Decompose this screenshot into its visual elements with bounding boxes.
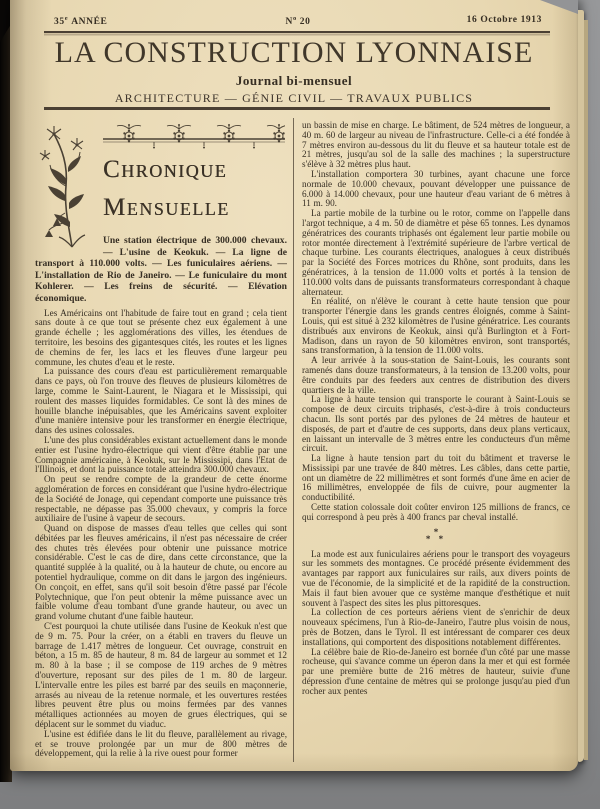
article-paragraph: La partie mobile de la turbine ou le rot… bbox=[302, 209, 570, 297]
article-paragraph: C'est pourquoi la chute utilisée dans l'… bbox=[35, 622, 287, 730]
date-label: 16 Octobre 1913 bbox=[467, 15, 542, 25]
article-paragraph: La mode est aux funiculaires aériens pou… bbox=[302, 550, 570, 609]
article-paragraph: Cette station colossale doit coûter envi… bbox=[302, 503, 570, 523]
article-paragraph: Les Américains ont l'habitude de faire t… bbox=[35, 309, 287, 368]
article-paragraph: L'usine est édifiée dans le lit du fleuv… bbox=[35, 730, 287, 759]
article-paragraph: Quand on dispose de masses d'eau telles … bbox=[35, 524, 287, 622]
article-paragraph: La ligne à haute tension qui transporte … bbox=[302, 395, 570, 454]
journal-tagline: ARCHITECTURE — GÉNIE CIVIL — TRAVAUX PUB… bbox=[10, 91, 578, 106]
article-paragraph: L'installation comportera 30 turbines, a… bbox=[302, 170, 570, 209]
right-column-paragraphs-top: un bassin de mise en charge. Le bâtiment… bbox=[302, 121, 570, 523]
article-paragraph: un bassin de mise en charge. Le bâtiment… bbox=[302, 121, 570, 170]
article-paragraph: La collection de ces porteurs aériens vi… bbox=[302, 608, 570, 647]
article-paragraph: La ligne à haute tension part du toit du… bbox=[302, 454, 570, 503]
journal-page: 35e ANNÉE No 20 16 Octobre 1913 LA CONST… bbox=[10, 0, 578, 771]
masthead-top-rule bbox=[44, 31, 550, 33]
column-divider-rule bbox=[293, 118, 294, 762]
asterism-divider: * * * bbox=[302, 529, 570, 543]
article-paragraph: A leur arrivée à la sous-station de Sain… bbox=[302, 356, 570, 395]
article-paragraph: En réalité, on n'élève le courant à cett… bbox=[302, 297, 570, 356]
masthead-bottom-rule bbox=[44, 107, 550, 110]
page-stack-edge-inner bbox=[584, 20, 588, 760]
right-column-paragraphs-bottom: La mode est aux funiculaires aériens pou… bbox=[302, 550, 570, 697]
journal-title: LA CONSTRUCTION LYONNAISE bbox=[10, 36, 578, 70]
article-paragraph: On peut se rendre compte de la grandeur … bbox=[35, 475, 287, 524]
article-paragraph: La puissance des cours d'eau est particu… bbox=[35, 367, 287, 436]
left-column: Chronique Mensuelle Une station électriq… bbox=[35, 119, 287, 767]
masthead-info-row: 35e ANNÉE No 20 16 Octobre 1913 bbox=[54, 15, 542, 29]
article-paragraph: L'une des plus considérables existant ac… bbox=[35, 436, 287, 475]
section-header-block: Chronique Mensuelle Une station électriq… bbox=[35, 123, 287, 305]
right-column: un bassin de mise en charge. Le bâtiment… bbox=[302, 119, 570, 767]
left-column-paragraphs: Les Américains ont l'habitude de faire t… bbox=[35, 309, 287, 760]
floral-ornament-icon bbox=[35, 123, 99, 249]
scanned-journal-page: 35e ANNÉE No 20 16 Octobre 1913 LA CONST… bbox=[0, 0, 600, 809]
article-paragraph: La célèbre baie de Rio-de-Janeiro est bo… bbox=[302, 648, 570, 697]
journal-subtitle: Journal bi-mensuel bbox=[10, 73, 578, 89]
